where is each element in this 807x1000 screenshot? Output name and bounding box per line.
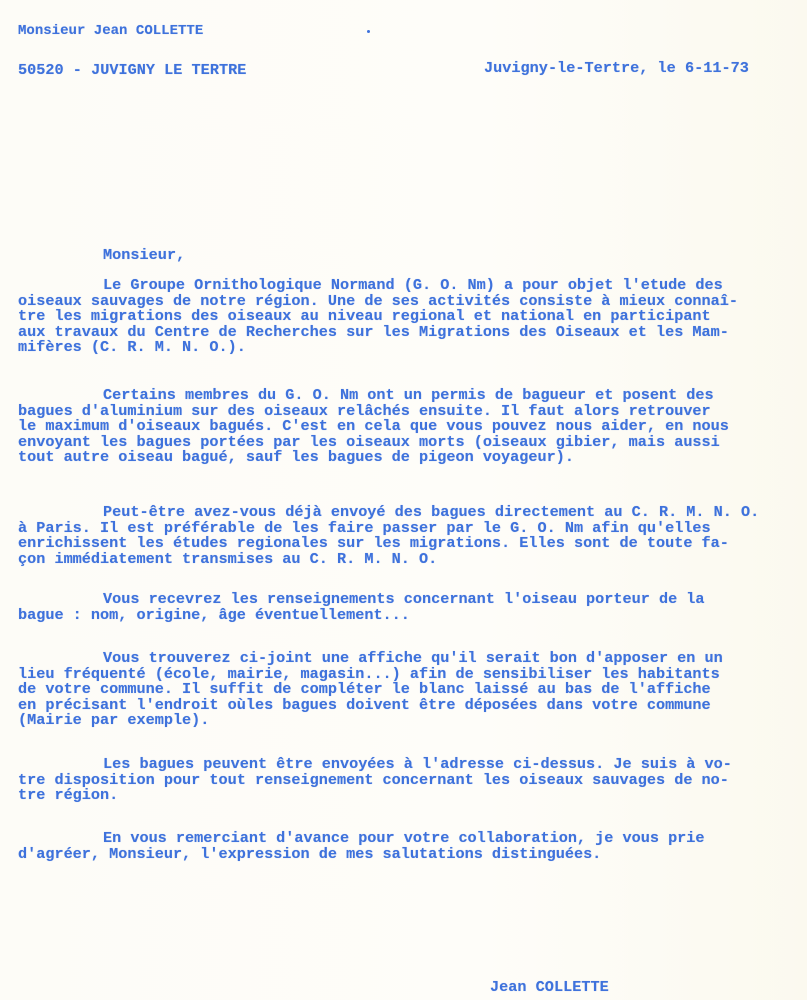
paragraph-address: Les bagues peuvent être envoyées à l'adr… — [18, 757, 732, 804]
paragraph-purpose: Le Groupe Ornithologique Normand (G. O. … — [18, 278, 738, 356]
paragraph-line: tre région. — [18, 788, 732, 804]
paragraph-line: mifères (C. R. M. N. O.). — [18, 340, 738, 356]
letter-page: Monsieur Jean COLLETTE 50520 - JUVIGNY L… — [0, 0, 807, 1000]
paragraph-poster: Vous trouverez ci-joint une affiche qu'i… — [18, 651, 723, 729]
sender-name: Monsieur Jean COLLETTE — [18, 24, 203, 38]
ink-dot — [367, 30, 370, 33]
paragraph-line: tout autre oiseau bagué, sauf les bagues… — [18, 450, 729, 466]
paragraph-line: bague : nom, origine, âge éventuellement… — [18, 608, 705, 624]
place-and-date: Juvigny-le-Tertre, le 6-11-73 — [484, 61, 749, 76]
paragraph-sending: Peut-être avez-vous déjà envoyé des bagu… — [18, 505, 759, 567]
paragraph-information: Vous recevrez les renseignements concern… — [18, 592, 705, 623]
paragraph-line: tre disposition pour tout renseignement … — [18, 773, 732, 789]
salutation: Monsieur, — [103, 248, 185, 263]
paragraph-line: (Mairie par exemple). — [18, 713, 723, 729]
sender-address: 50520 - JUVIGNY LE TERTRE — [18, 63, 246, 78]
paragraph-line: çon immédiatement transmises au C. R. M.… — [18, 552, 759, 568]
paragraph-banding: Certains membres du G. O. Nm ont un perm… — [18, 388, 729, 466]
signature: Jean COLLETTE — [490, 980, 609, 995]
paragraph-line: d'agréer, Monsieur, l'expression de mes … — [18, 847, 705, 863]
paragraph-closing: En vous remerciant d'avance pour votre c… — [18, 831, 705, 862]
